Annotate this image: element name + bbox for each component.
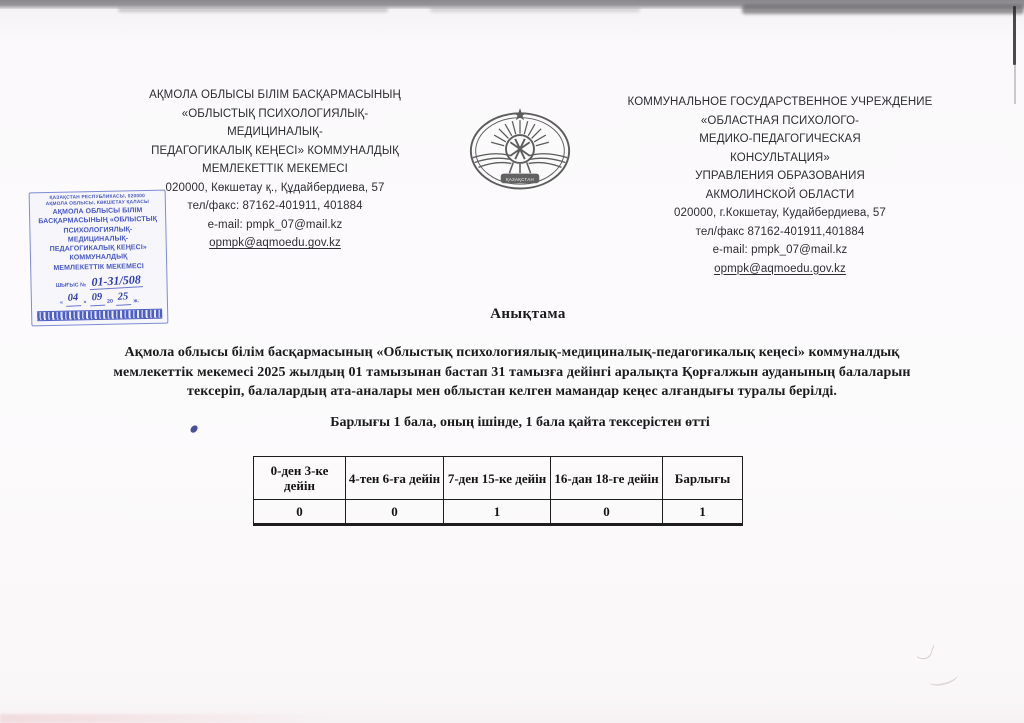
scanned-document-page: АҚМОЛА ОБЛЫСЫ БІЛІМ БАСҚАРМАСЫНЫҢ «ОБЛЫС… <box>0 0 1024 723</box>
pencil-mark <box>927 668 959 689</box>
stamp-number-label: ШЫҒЫС № <box>56 282 87 290</box>
letterhead-phone: тел/факс 87162-401911,401884 <box>613 223 947 242</box>
table-value-cell: 0 <box>254 500 346 525</box>
letterhead-line: ПЕДАГОГИКАЛЫҚ КЕҢЕСІ» КОММУНАЛДЫҚ <box>105 142 445 161</box>
scan-smudge <box>430 8 640 12</box>
letterhead-line: АКМОЛИНСКОЙ ОБЛАСТИ <box>613 186 947 205</box>
letterhead-line: МЕДИКО-ПЕДАГОГИЧЕСКАЯ <box>613 130 947 149</box>
sun-rays-icon <box>491 120 549 146</box>
body-line: мемлекеттік мекемесі 2025 жылдың 01 тамы… <box>52 363 972 383</box>
letterhead-line: КОММУНАЛЬНОЕ ГОСУДАРСТВЕННОЕ УЧРЕЖДЕНИЕ <box>613 93 947 112</box>
letterhead-line: КОНСУЛЬТАЦИЯ» <box>613 149 947 168</box>
letterhead-address: 020000, г.Кокшетау, Кудайбердиева, 57 <box>613 204 947 223</box>
table-header-cell: 7-ден 15-ке дейін <box>444 457 551 500</box>
letterhead-line: «ОБЛАСТНАЯ ПСИХОЛОГО- <box>613 112 947 131</box>
stamp-outgoing-number-row: ШЫҒЫС № 01-31/508 <box>33 274 164 291</box>
age-groups-table: 0-ден 3-ке дейін 4-тен 6-ға дейін 7-ден … <box>253 456 743 526</box>
star-icon <box>513 108 526 120</box>
body-line: Ақмола облысы білім басқармасының «Облыс… <box>52 343 972 363</box>
tassels-icon <box>509 162 530 173</box>
letterhead-russian: КОММУНАЛЬНОЕ ГОСУДАРСТВЕННОЕ УЧРЕЖДЕНИЕ … <box>613 93 947 278</box>
scan-bottom-smear <box>0 714 340 723</box>
scan-smudge <box>118 8 388 12</box>
body-line: тексеріп, балалардың ата-аналары мен обл… <box>52 382 972 402</box>
stamp-line: МЕМЛЕКЕТТІК МЕКЕМЕСІ <box>33 261 164 273</box>
stamp-number-handwritten: 01-31/508 <box>89 273 143 290</box>
table-value-cell: 1 <box>663 500 743 525</box>
scan-smudge <box>742 5 1024 14</box>
table-header-cell: 0-ден 3-ке дейін <box>254 457 346 500</box>
letterhead-line: МЕМЛЕКЕТТІК МЕКЕМЕСІ <box>105 160 445 179</box>
summary-line: Барлығы 1 бала, оның ішінде, 1 бала қайт… <box>60 413 980 432</box>
shanyrak-icon <box>506 135 534 163</box>
scan-right-edge-line <box>1013 6 1016 65</box>
table-value-cell: 0 <box>551 500 663 525</box>
kazakhstan-coat-of-arms: ҚАЗАҚСТАН <box>467 106 573 192</box>
scan-right-edge-line-faint <box>1014 64 1016 104</box>
table-value-cell: 1 <box>444 500 551 525</box>
document-title: Анықтама <box>32 305 1024 323</box>
pencil-mark <box>917 641 935 661</box>
letterhead-line: «ОБЛЫСТЫҚ ПСИХОЛОГИЯЛЫҚ- <box>105 105 445 124</box>
table-header-cell: 16-дан 18-ге дейін <box>551 457 663 500</box>
table-value-cell: 0 <box>346 500 444 525</box>
letterhead-line: АҚМОЛА ОБЛЫСЫ БІЛІМ БАСҚАРМАСЫНЫҢ <box>105 86 445 105</box>
table-header-row: 0-ден 3-ке дейін 4-тен 6-ға дейін 7-ден … <box>254 457 743 500</box>
letterhead-line: МЕДИЦИНАЛЫҚ- <box>105 123 445 142</box>
table-header-cell: 4-тен 6-ға дейін <box>346 457 444 500</box>
table-row: 0 0 1 0 1 <box>254 500 743 525</box>
stamp-date-year-handwritten: 25 <box>116 291 131 306</box>
letterhead-line: УПРАВЛЕНИЯ ОБРАЗОВАНИЯ <box>613 167 947 186</box>
letterhead-email-underlined: opmpk@aqmoedu.gov.kz <box>613 260 947 279</box>
body-paragraph: Ақмола облысы білім басқармасының «Облыс… <box>52 343 972 402</box>
letterhead-email: e-mail: pmpk_07@mail.kz <box>613 241 947 260</box>
table-header-cell: Барлығы <box>663 457 743 500</box>
emblem-banner-text: ҚАЗАҚСТАН <box>506 177 534 182</box>
